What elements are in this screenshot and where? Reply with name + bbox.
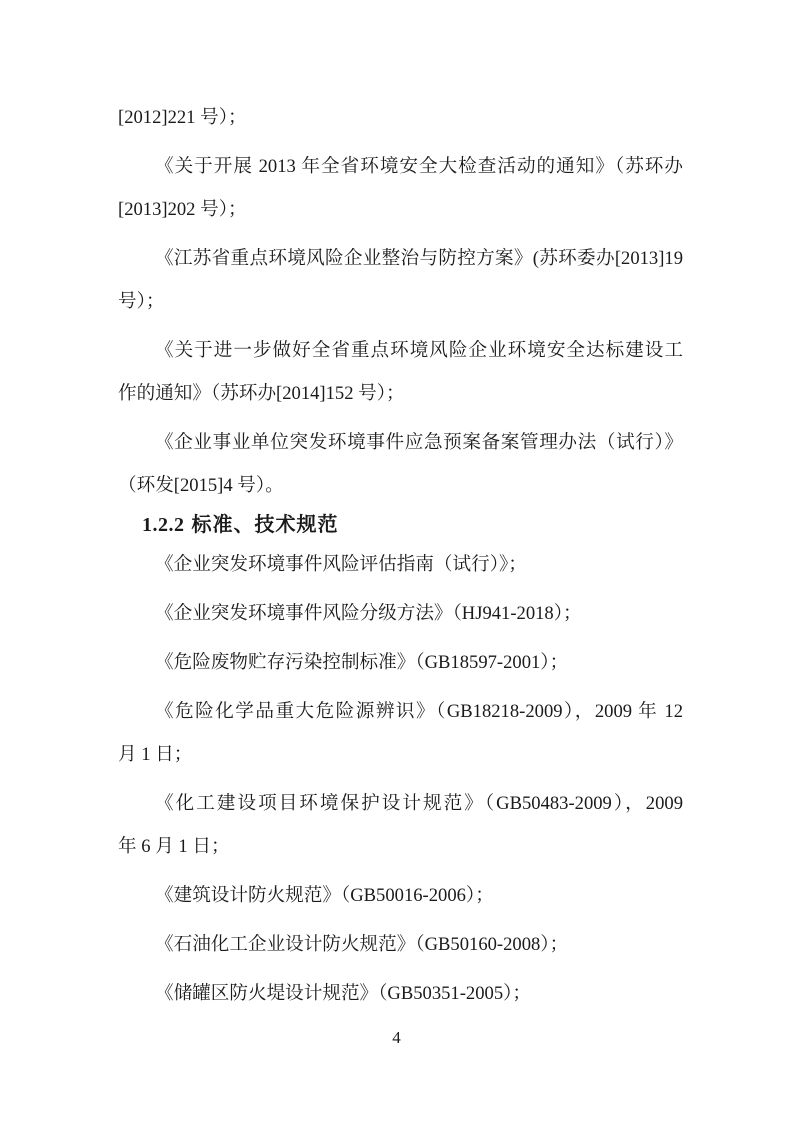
body-line: 《企业事业单位突发环境事件应急预案备案管理办法（试行）》 — [118, 421, 683, 464]
body-line: 《关于进一步做好全省重点环境风险企业环境安全达标建设工 — [118, 329, 683, 372]
body-line: 《储罐区防火堤设计规范》（GB50351-2005）； — [118, 972, 683, 1015]
body-line: 月 1 日； — [118, 733, 683, 776]
body-line: 《建筑设计防火规范》（GB50016-2006）； — [118, 874, 683, 917]
body-line: 年 6 月 1 日； — [118, 825, 683, 868]
body-line: [2012]221 号）； — [118, 96, 683, 139]
body-line: 号）； — [118, 280, 683, 323]
document-page: [2012]221 号）； 《关于开展 2013 年全省环境安全大检查活动的通知… — [0, 0, 793, 1122]
section-title: 标准、技术规范 — [192, 514, 339, 536]
body-line: 《危险化学品重大危险源辨识》（GB18218-2009），2009 年 12 — [118, 690, 683, 733]
body-line: 《江苏省重点环境风险企业整治与防控方案》(苏环委办[2013]19 — [118, 237, 683, 280]
body-line: （环发[2015]4 号）。 — [118, 464, 683, 507]
body-line: 《石油化工企业设计防火规范》（GB50160-2008）； — [118, 923, 683, 966]
body-line: 《企业突发环境事件风险分级方法》（HJ941-2018）； — [118, 592, 683, 635]
body-line: 作的通知》（苏环办[2014]152 号）； — [118, 372, 683, 415]
body-line: 《企业突发环境事件风险评估指南（试行）》； — [118, 543, 683, 586]
body-line: 《危险废物贮存污染控制标准》（GB18597-2001）； — [118, 641, 683, 684]
body-line: [2013]202 号）； — [118, 188, 683, 231]
page-content: [2012]221 号）； 《关于开展 2013 年全省环境安全大检查活动的通知… — [118, 96, 683, 1015]
body-line: 《关于开展 2013 年全省环境安全大检查活动的通知》（苏环办 — [118, 145, 683, 188]
section-heading: 1.2.2标准、技术规范 — [118, 507, 683, 543]
section-number: 1.2.2 — [142, 514, 185, 536]
page-number: 4 — [0, 1026, 793, 1050]
body-line: 《化工建设项目环境保护设计规范》（GB50483-2009），2009 — [118, 782, 683, 825]
